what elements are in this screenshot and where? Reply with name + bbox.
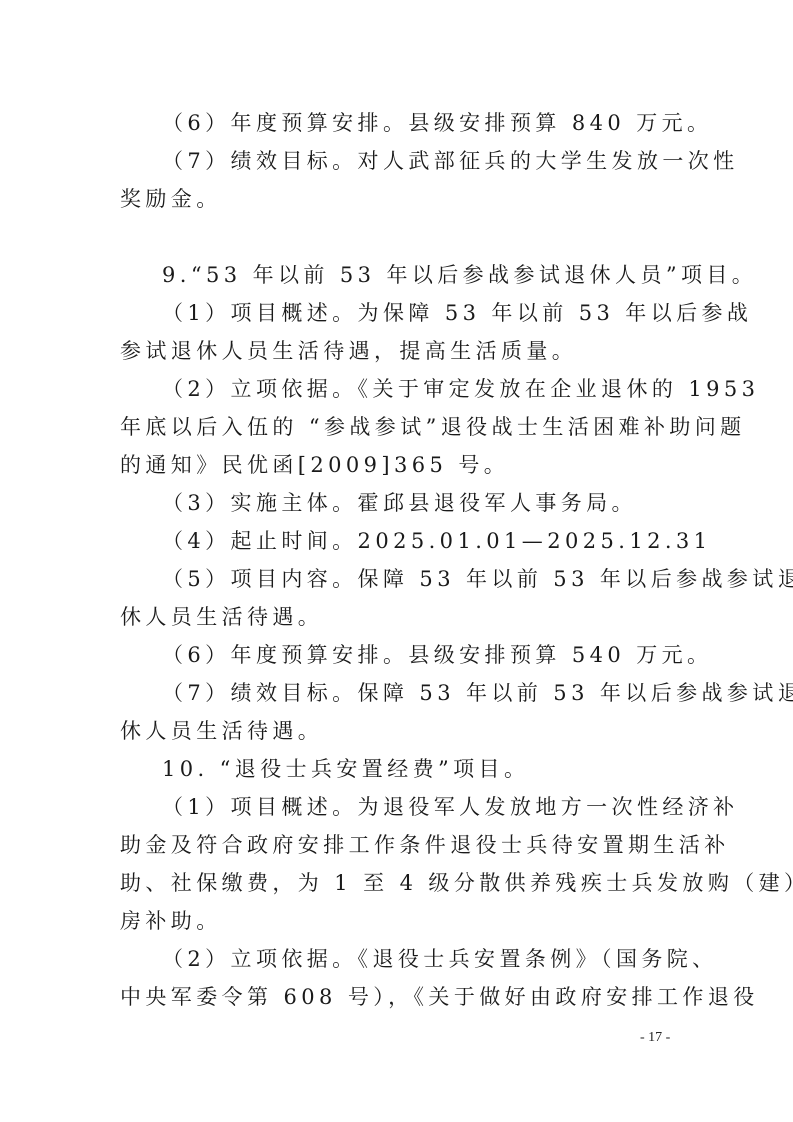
text-line: （1）项目概述。为保障 53 年以前 53 年以后参战 [162,298,672,328]
text-line: （4）起止时间。2025.01.01—2025.12.31 [162,526,672,556]
text-line: （5）项目内容。保障 53 年以前 53 年以后参战参试退 [162,564,672,594]
text-line: 助金及符合政府安排工作条件退役士兵待安置期生活补 [120,830,672,860]
text-line: （7）绩效目标。对人武部征兵的大学生发放一次性 [162,146,672,176]
text-line: （3）实施主体。霍邱县退役军人事务局。 [162,488,672,518]
text-line: （1）项目概述。为退役军人发放地方一次性经济补 [162,792,672,822]
page-number: - 17 - [640,1030,670,1046]
text-line: 中央军委令第 608 号），《关于做好由政府安排工作退役 [120,982,672,1012]
text-line: （6）年度预算安排。县级安排预算 840 万元。 [162,108,672,138]
text-line: 10. “退役士兵安置经费”项目。 [162,754,672,784]
text-line: 休人员生活待遇。 [120,716,672,746]
text-line: 9.“53 年以前 53 年以后参战参试退休人员”项目。 [162,260,672,290]
text-line: （2）立项依据。《关于审定发放在企业退休的 1953 [162,374,672,404]
text-line: （2）立项依据。《退役士兵安置条例》（国务院、 [162,944,672,974]
text-line: 年底以后入伍的 “参战参试”退役战士生活困难补助问题 [120,412,672,442]
text-line: 参试退休人员生活待遇，提高生活质量。 [120,336,672,366]
text-line: （7）绩效目标。保障 53 年以前 53 年以后参战参试退 [162,678,672,708]
text-line: 助、社保缴费，为 1 至 4 级分散供养残疾士兵发放购（建） [120,868,672,898]
text-line: 房补助。 [120,906,672,936]
text-line: 的通知》民优函[2009]365 号。 [120,450,672,480]
text-line: （6）年度预算安排。县级安排预算 540 万元。 [162,640,672,670]
text-line: 奖励金。 [120,184,672,214]
document-page: （6）年度预算安排。县级安排预算 840 万元。（7）绩效目标。对人武部征兵的大… [0,0,793,1122]
text-line: 休人员生活待遇。 [120,602,672,632]
